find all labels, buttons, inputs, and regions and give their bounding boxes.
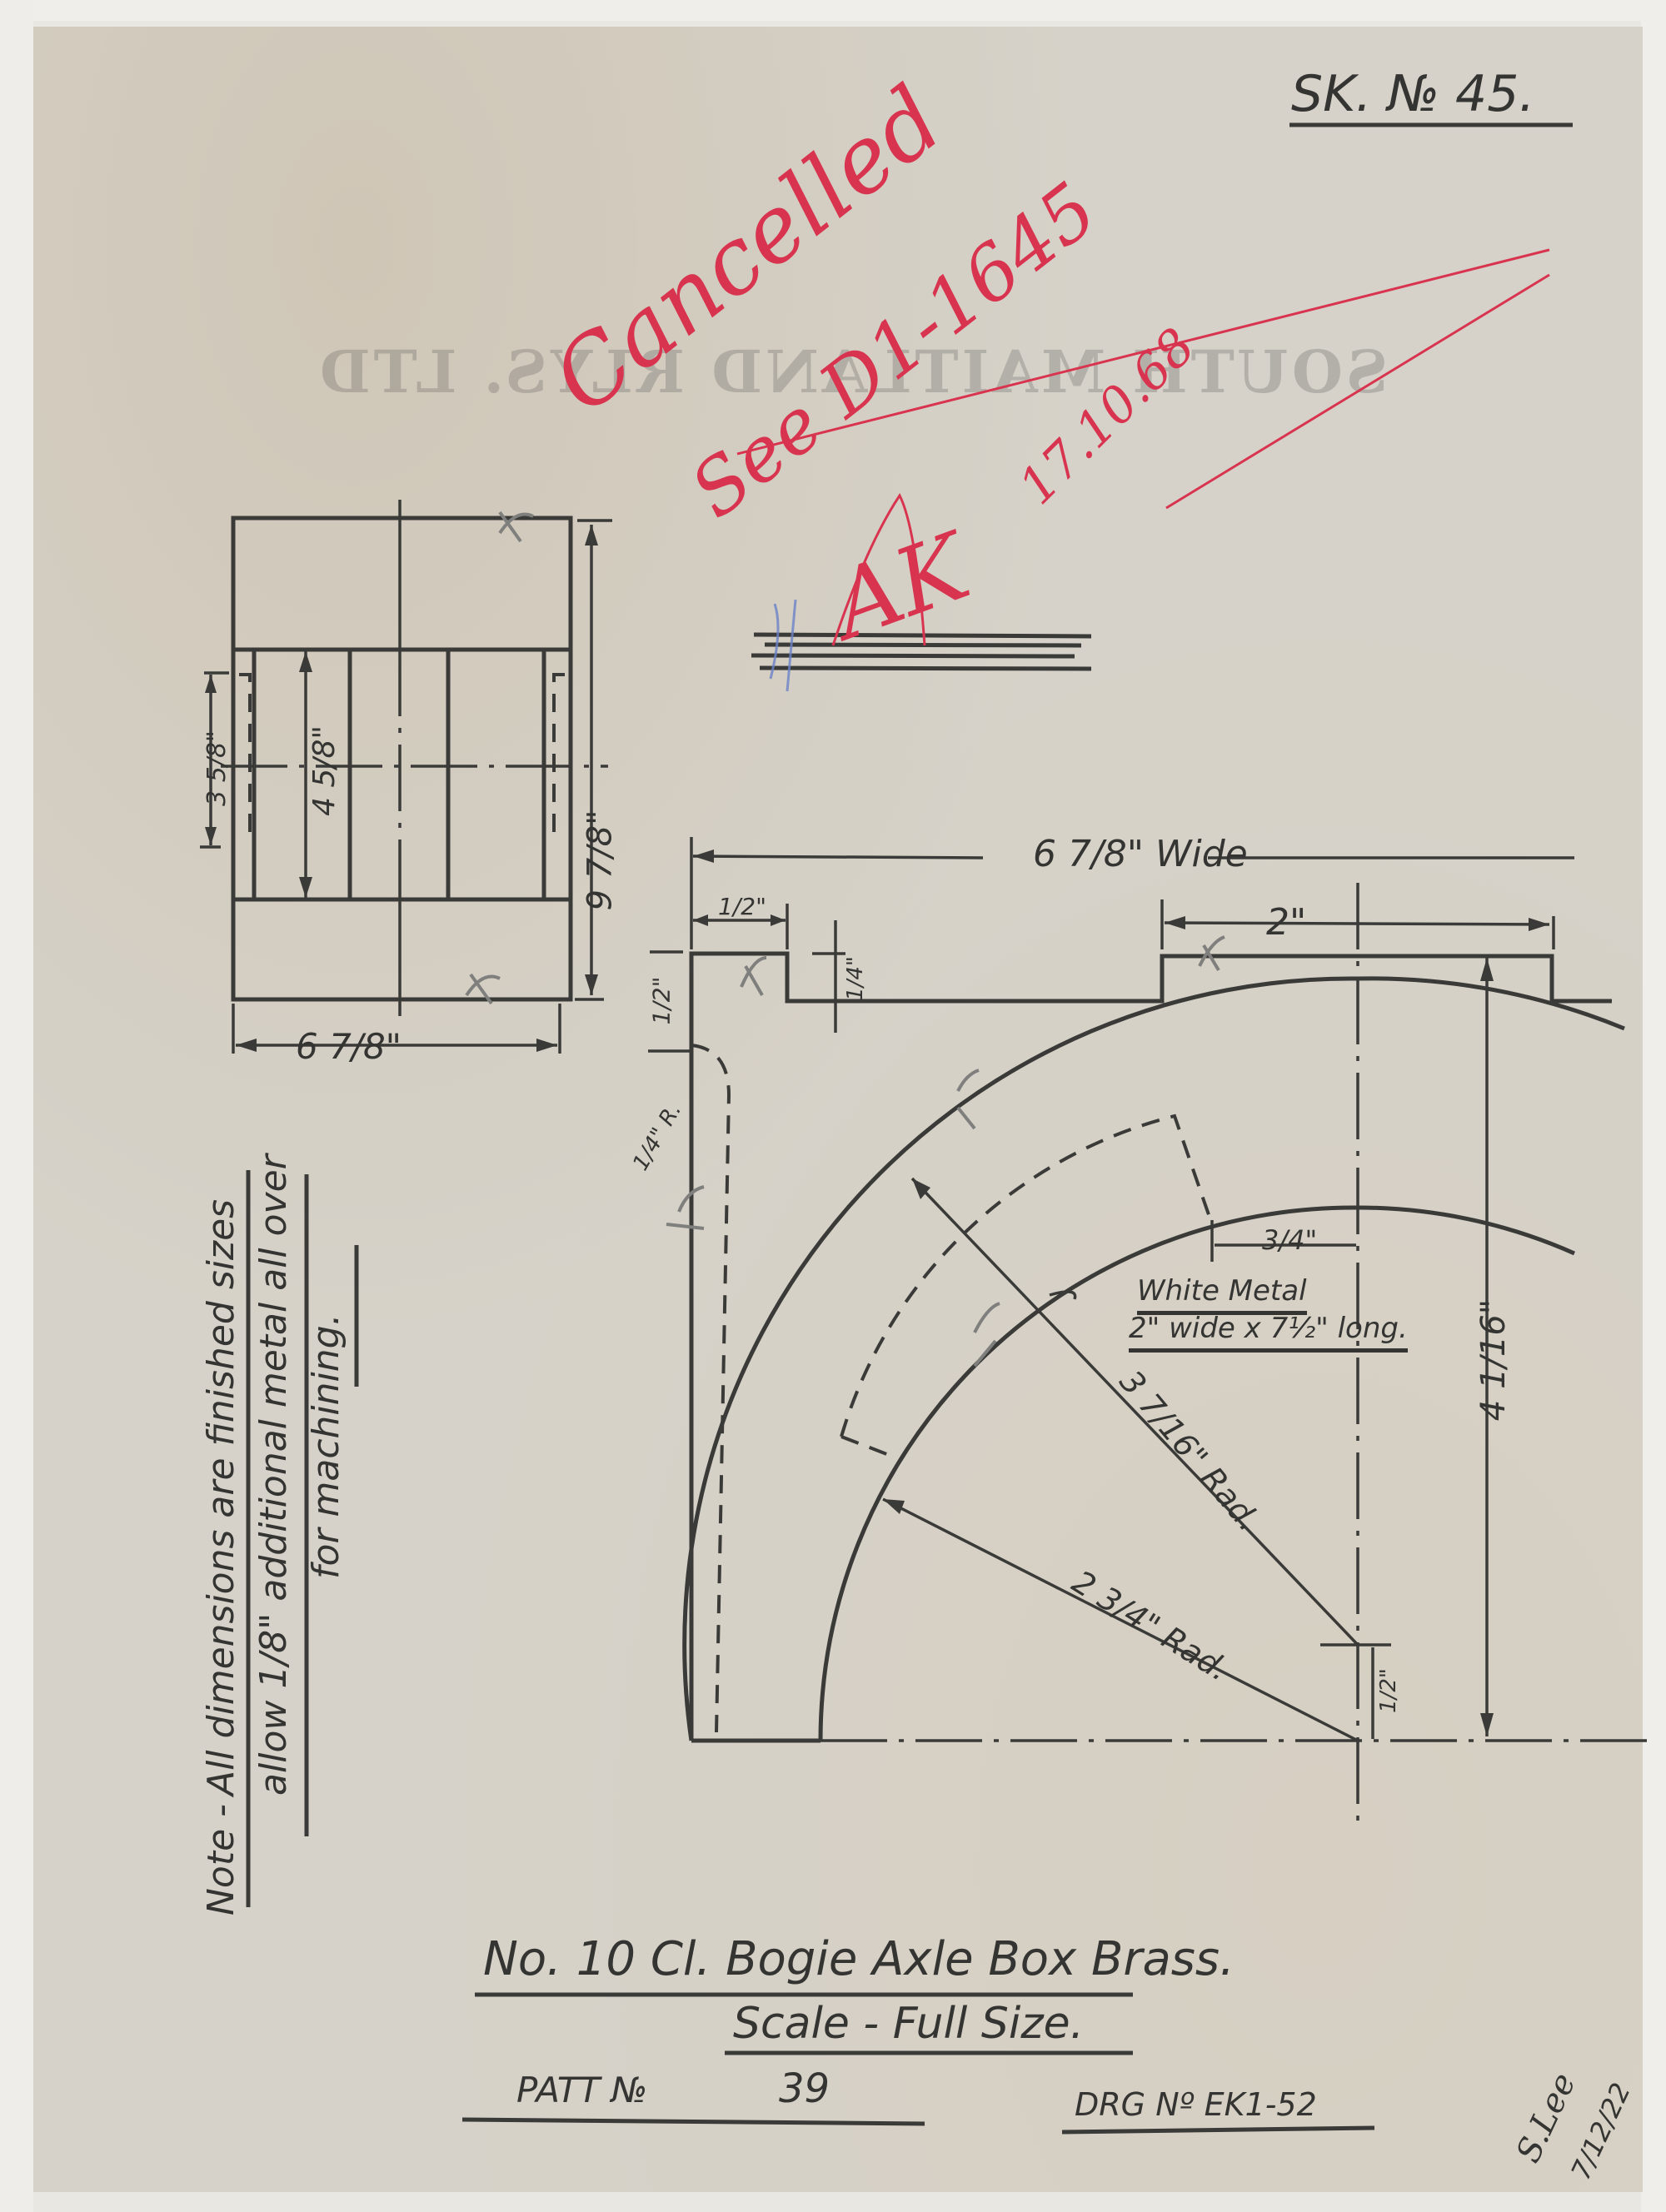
dim-width: 6 7/8" Wide — [1033, 833, 1248, 875]
note-line-1: All dimensions are finished sizes — [200, 1154, 242, 1796]
drawing-scale: Scale - Full Size. — [733, 1999, 1084, 2049]
pattern-number: 39 — [779, 2065, 830, 2112]
note-line-2: allow 1/8" additional metal all over — [252, 1154, 295, 1796]
dim-offset: 3/4" — [1262, 1224, 1317, 1256]
dim-overall-height: 9 7/8" — [581, 810, 619, 911]
dim-left-height: 1/2" — [647, 977, 675, 1025]
note-prefix: Note - — [200, 1804, 242, 1916]
drawing-title: No. 10 Cl. Bogie Axle Box Brass. — [483, 1932, 1235, 1986]
white-metal-callout-line1: White Metal — [1137, 1274, 1307, 1315]
sketch-number: SK. № 45. — [1291, 65, 1534, 123]
dim-center-offset: 1/2" — [1376, 1668, 1401, 1713]
dim-flange-length: 3 5/8" — [202, 730, 232, 806]
end-view-drawing — [200, 500, 612, 1054]
dim-step: 1/4" — [843, 956, 868, 1001]
dim-overall-width: 6 7/8" — [296, 1026, 402, 1067]
dim-bore-length: 4 5/8" — [307, 725, 342, 816]
pattern-label: PATT № — [516, 2070, 647, 2110]
dim-right-lip: 2" — [1266, 901, 1306, 944]
dim-height: 4 1/16" — [1474, 1299, 1513, 1421]
drawing-number: DRG Nº EK1-52 — [1075, 2086, 1317, 2123]
machining-note: Note - All dimensions are finished sizes… — [200, 1154, 347, 1916]
white-metal-callout-line2: 2" wide x 7½" long. — [1129, 1312, 1408, 1353]
dim-top-lip: 1/2" — [718, 893, 766, 920]
note-line-3: for machining. — [305, 1154, 347, 1579]
